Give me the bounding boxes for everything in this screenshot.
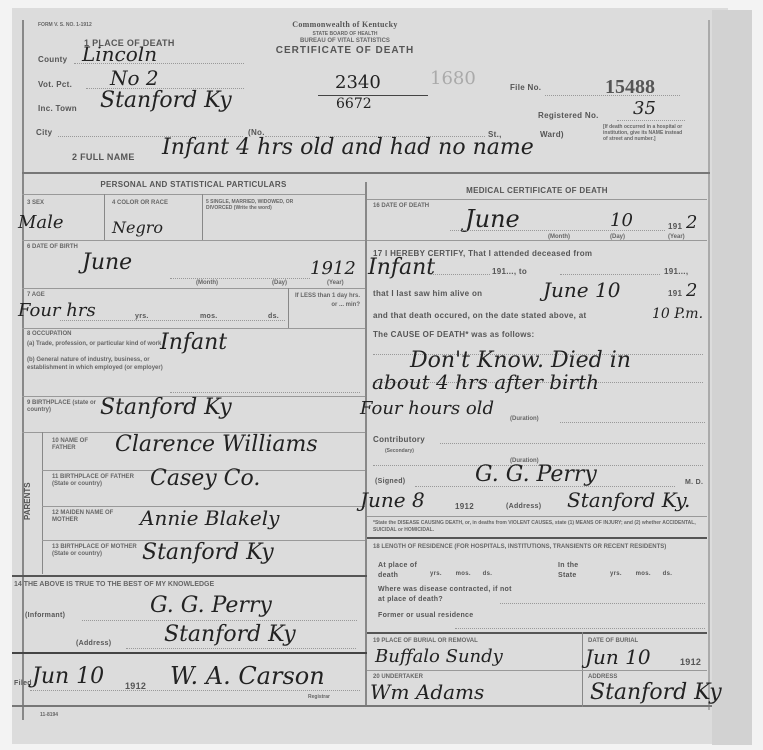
dod-label: 16 DATE OF DEATH bbox=[373, 203, 429, 210]
dob-label: 6 DATE OF BIRTH bbox=[27, 244, 78, 251]
dob-month-caption: (Month) bbox=[196, 280, 218, 287]
burial-date: Jun 10 bbox=[585, 645, 651, 669]
hospital-note: [If death occurred in a hospital or inst… bbox=[603, 124, 688, 142]
mother-birthplace-value: Stanford Ky bbox=[142, 540, 274, 565]
full-name-value: Infant 4 hrs old and had no name bbox=[162, 135, 534, 160]
vot-pct-value: No 2 bbox=[110, 66, 159, 90]
header-block: Commonwealth of Kentucky STATE BOARD OF … bbox=[270, 20, 420, 56]
in-state-units: yrs. mos. ds. bbox=[610, 571, 672, 577]
filed-label: Filed bbox=[14, 680, 32, 687]
age-label: 7 AGE bbox=[27, 292, 45, 299]
marital-label: 5 SINGLE, MARRIED, WIDOWED, OR DIVORCED … bbox=[206, 199, 296, 211]
residence-label: 18 LENGTH OF RESIDENCE (FOR HOSPITALS, I… bbox=[373, 543, 703, 551]
at-place-units: yrs. mos. ds. bbox=[430, 571, 492, 577]
inc-town-value: Stanford Ky bbox=[100, 88, 232, 113]
footnote: *State the DISEASE CAUSING DEATH, or, in… bbox=[373, 520, 703, 534]
occupation-label: 8 OCCUPATION bbox=[27, 331, 71, 338]
secondary-caption: (Secondary) bbox=[385, 448, 414, 455]
dob-year-caption: (Year) bbox=[327, 280, 344, 287]
informant-address-value: Stanford Ky bbox=[164, 622, 296, 647]
dod-day: 10 bbox=[610, 210, 633, 231]
filed-date: Jun 10 bbox=[32, 664, 104, 689]
vot-pct-label: Vot. Pct. bbox=[38, 80, 72, 89]
cause-line-2: about 4 hrs after birth bbox=[372, 370, 599, 394]
informant-label: (Informant) bbox=[25, 612, 65, 619]
personal-heading: PERSONAL AND STATISTICAL PARTICULARS bbox=[22, 180, 365, 189]
burial-year: 1912 bbox=[680, 657, 701, 667]
father-value: Clarence Williams bbox=[115, 432, 318, 457]
signed-value: G. G. Perry bbox=[475, 462, 597, 487]
full-name-label: 2 FULL NAME bbox=[72, 152, 135, 162]
right-border bbox=[708, 20, 710, 710]
in-state-label: In the State bbox=[558, 561, 598, 581]
less-than-day: If LESS than 1 day hrs. or ... min? bbox=[292, 292, 360, 310]
occupation-a: (a) Trade, profession, or particular kin… bbox=[27, 340, 167, 348]
inc-town-label: Inc. Town bbox=[38, 104, 77, 113]
dob-year: 1912 bbox=[310, 258, 356, 279]
occupation-value: Infant bbox=[160, 330, 227, 355]
last-saw-date: June 10 bbox=[543, 278, 620, 302]
file-no-label: File No. bbox=[510, 83, 541, 92]
at-place-label: At place of death bbox=[378, 561, 438, 581]
death-occured-text: and that death occured, on the date stat… bbox=[373, 311, 586, 320]
duration-caption-1: (Duration) bbox=[510, 416, 539, 423]
occupation-b: (b) General nature of industry, business… bbox=[27, 356, 172, 372]
mother-value: Annie Blakely bbox=[140, 506, 279, 530]
burial-label: 19 PLACE OF BURIAL OR REMOVAL bbox=[373, 638, 478, 645]
last-saw-text: that I last saw him alive on bbox=[373, 289, 482, 298]
address-value: Stanford Ky. bbox=[567, 488, 690, 512]
center-divider bbox=[365, 182, 367, 707]
dod-month: June bbox=[465, 205, 520, 233]
undertaker-value: Wm Adams bbox=[370, 680, 484, 704]
sex-value: Male bbox=[18, 212, 64, 233]
age-ds: ds. bbox=[268, 313, 279, 320]
dod-year-end: 2 bbox=[686, 212, 697, 233]
stamp-pencil: 1680 bbox=[430, 68, 476, 89]
contributory-label: Contributory bbox=[373, 435, 425, 444]
board: STATE BOARD OF HEALTH bbox=[270, 31, 420, 38]
form-footer: 11-8194 bbox=[40, 712, 58, 719]
age-mos: mos. bbox=[200, 313, 218, 320]
commonwealth: Commonwealth of Kentucky bbox=[270, 20, 420, 29]
left-border bbox=[22, 20, 24, 720]
father-birthplace-label: 11 BIRTHPLACE OF FATHER (State or countr… bbox=[52, 474, 137, 488]
last-saw-year-end: 2 bbox=[686, 280, 697, 301]
registrar-label: Registrar bbox=[308, 694, 330, 701]
undertaker-address: Stanford Ky bbox=[590, 680, 722, 705]
dod-year: 191 bbox=[668, 222, 682, 231]
age-yrs: yrs. bbox=[135, 313, 149, 320]
stamp-denominator: 6672 bbox=[336, 96, 372, 112]
bureau: BUREAU OF VITAL STATISTICS bbox=[270, 38, 420, 45]
informant-value: G. G. Perry bbox=[150, 593, 272, 618]
md-label: M. D. bbox=[685, 479, 703, 486]
mother-birthplace-label: 13 BIRTHPLACE OF MOTHER (State or countr… bbox=[52, 544, 137, 558]
stamp-numerator: 2340 bbox=[335, 72, 381, 93]
signed-date: June 8 bbox=[360, 488, 425, 512]
last-saw-year: 191 bbox=[668, 289, 682, 298]
contracted-label: Where was disease contracted, if not at … bbox=[378, 585, 518, 605]
informant-address-label: (Address) bbox=[76, 640, 111, 647]
certificate-title: CERTIFICATE OF DEATH bbox=[270, 45, 420, 56]
race-value: Negro bbox=[112, 218, 163, 237]
attended-191b: 191..., bbox=[664, 267, 688, 276]
medical-heading: MEDICAL CERTIFICATE OF DEATH bbox=[367, 186, 707, 195]
birthplace-value: Stanford Ky bbox=[100, 395, 232, 420]
registered-no-value: 35 bbox=[633, 98, 656, 119]
signed-label: (Signed) bbox=[375, 478, 405, 485]
ward-label: Ward) bbox=[540, 130, 564, 139]
attended-from: Infant bbox=[368, 255, 435, 280]
attended-191a: 191..., to bbox=[492, 267, 527, 276]
father-birthplace-value: Casey Co. bbox=[150, 466, 260, 491]
cause-label: The CAUSE OF DEATH* was as follows: bbox=[373, 330, 534, 339]
death-time: 10 P.m. bbox=[652, 306, 703, 322]
signed-year: 1912 bbox=[455, 502, 474, 511]
dob-day-caption: (Day) bbox=[272, 280, 287, 287]
father-label: 10 NAME OF FATHER bbox=[52, 438, 107, 452]
dob-month: June bbox=[82, 250, 132, 275]
parents-label: PARENTS bbox=[24, 482, 31, 520]
former-label: Former or usual residence bbox=[378, 611, 478, 621]
burial-value: Buffalo Sundy bbox=[375, 646, 503, 667]
city-label: City bbox=[36, 128, 52, 137]
age-value: Four hrs bbox=[18, 300, 96, 321]
true-statement-label: 14 THE ABOVE IS TRUE TO THE BEST OF MY K… bbox=[14, 581, 214, 588]
stamp-divider bbox=[318, 95, 428, 96]
county-label: County bbox=[38, 55, 67, 64]
form-code: FORM V. S. NO. 1-1912 bbox=[38, 22, 92, 29]
cause-line-3: Four hours old bbox=[360, 398, 494, 419]
page-edge bbox=[712, 10, 752, 745]
race-label: 4 COLOR OR RACE bbox=[112, 200, 168, 207]
registered-no-label: Registered No. bbox=[538, 111, 599, 120]
address-label: (Address) bbox=[506, 503, 541, 510]
mother-label: 12 MAIDEN NAME OF MOTHER bbox=[52, 510, 132, 524]
birthplace-label: 9 BIRTHPLACE (state or country) bbox=[27, 400, 107, 414]
burial-date-label: DATE OF BURIAL bbox=[588, 638, 638, 645]
sex-label: 3 SEX bbox=[27, 200, 44, 207]
registrar-signature: W. A. Carson bbox=[170, 662, 325, 690]
